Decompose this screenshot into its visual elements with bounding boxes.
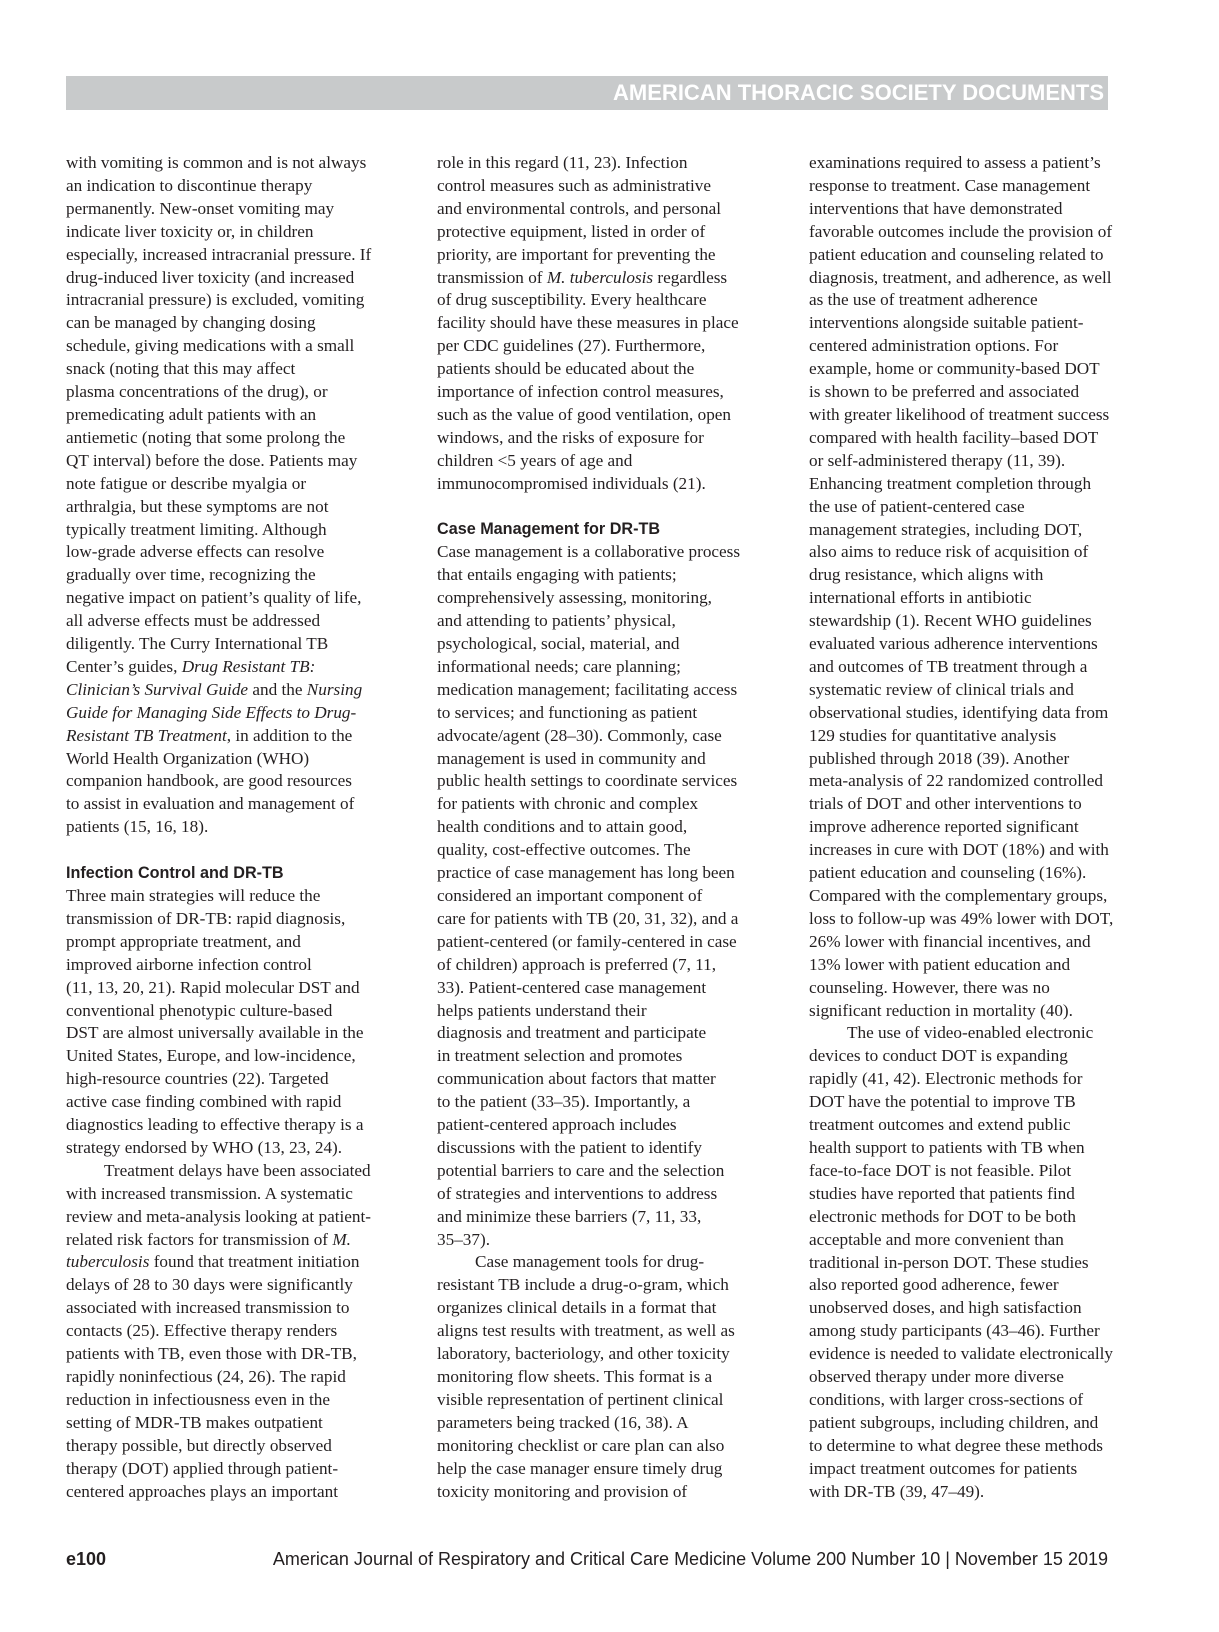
italic-species: M. tuberculosis: [547, 268, 653, 287]
section-heading-case-management: Case Management for DR-TB: [437, 518, 777, 541]
paragraph-gap: [437, 496, 777, 519]
italic-title: Resistant TB Treatment: [66, 726, 227, 745]
text-line: quality, cost-effective outcomes. The: [437, 839, 777, 862]
text-line: immunocompromised individuals (21).: [437, 473, 777, 496]
text-line: and attending to patients’ physical,: [437, 610, 777, 633]
text-line: improved airborne infection control: [66, 954, 406, 977]
text-line: 13% lower with patient education and: [809, 954, 1149, 977]
text-line: delays of 28 to 30 days were significant…: [66, 1274, 406, 1297]
page-number: e100: [66, 1549, 106, 1570]
text-line: (11, 13, 20, 21). Rapid molecular DST an…: [66, 977, 406, 1000]
text-line: meta-analysis of 22 randomized controlle…: [809, 770, 1149, 793]
text-line: note fatigue or describe myalgia or: [66, 473, 406, 496]
text-line: DOT have the potential to improve TB: [809, 1091, 1149, 1114]
text-line: conventional phenotypic culture-based: [66, 1000, 406, 1023]
text-line: helps patients understand their: [437, 1000, 777, 1023]
text-line: interventions that have demonstrated: [809, 198, 1149, 221]
text-line: typically treatment limiting. Although: [66, 519, 406, 542]
text-line: Center’s guides, Drug Resistant TB:: [66, 656, 406, 679]
text-line: and minimize these barriers (7, 11, 33,: [437, 1206, 777, 1229]
text-line: DST are almost universally available in …: [66, 1022, 406, 1045]
text-line: acceptable and more convenient than: [809, 1229, 1149, 1252]
text-line: discussions with the patient to identify: [437, 1137, 777, 1160]
text-line: transmission of DR-TB: rapid diagnosis,: [66, 908, 406, 931]
text-line: facility should have these measures in p…: [437, 312, 777, 335]
text-line: patient education and counseling (16%).: [809, 862, 1149, 885]
text-line: significant reduction in mortality (40).: [809, 1000, 1149, 1023]
text-line: Compared with the complementary groups,: [809, 885, 1149, 908]
text-line: Three main strategies will reduce the: [66, 885, 406, 908]
text-line: visible representation of pertinent clin…: [437, 1389, 777, 1412]
text-line: example, home or community-based DOT: [809, 358, 1149, 381]
page-footer: e100 American Journal of Respiratory and…: [66, 1549, 1108, 1571]
text-line: response to treatment. Case management: [809, 175, 1149, 198]
text-line: medication management; facilitating acce…: [437, 679, 777, 702]
text-line: patients (15, 16, 18).: [66, 816, 406, 839]
paragraph-gap: [66, 839, 406, 862]
text-line: potential barriers to care and the selec…: [437, 1160, 777, 1183]
text-line: protective equipment, listed in order of: [437, 221, 777, 244]
text-line: to the patient (33–35). Importantly, a: [437, 1091, 777, 1114]
text-line: is shown to be preferred and associated: [809, 381, 1149, 404]
text-line: as the use of treatment adherence: [809, 289, 1149, 312]
text-line: companion handbook, are good resources: [66, 770, 406, 793]
italic-title: Clinician’s Survival Guide: [66, 680, 248, 699]
text-line: to services; and functioning as patient: [437, 702, 777, 725]
text-line: indicate liver toxicity or, in children: [66, 221, 406, 244]
text-line: patient subgroups, including children, a…: [809, 1412, 1149, 1435]
text-line: children <5 years of age and: [437, 450, 777, 473]
text-line: Clinician’s Survival Guide and the Nursi…: [66, 679, 406, 702]
text-line: considered an important component of: [437, 885, 777, 908]
text-column-2: role in this regard (11, 23). Infection …: [437, 152, 777, 1503]
text-line: that entails engaging with patients;: [437, 564, 777, 587]
text-line: active case finding combined with rapid: [66, 1091, 406, 1114]
text-line: arthralgia, but these symptoms are not: [66, 496, 406, 519]
italic-title: Nursing: [307, 680, 362, 699]
text-line: per CDC guidelines (27). Furthermore,: [437, 335, 777, 358]
text-line: electronic methods for DOT to be both: [809, 1206, 1149, 1229]
text-line: systematic review of clinical trials and: [809, 679, 1149, 702]
text-line: counseling. However, there was no: [809, 977, 1149, 1000]
text-line: low-grade adverse effects can resolve: [66, 541, 406, 564]
italic-title: Guide for Managing Side Effects to Drug-: [66, 703, 356, 722]
text-line: diagnosis and treatment and participate: [437, 1022, 777, 1045]
text-line: setting of MDR-TB makes outpatient: [66, 1412, 406, 1435]
text-line: tuberculosis found that treatment initia…: [66, 1251, 406, 1274]
text-line: importance of infection control measures…: [437, 381, 777, 404]
text-line: high-resource countries (22). Targeted: [66, 1068, 406, 1091]
text-line: monitoring flow sheets. This format is a: [437, 1366, 777, 1389]
text-line: observational studies, identifying data …: [809, 702, 1149, 725]
text-line: review and meta-analysis looking at pati…: [66, 1206, 406, 1229]
text-line: health conditions and to attain good,: [437, 816, 777, 839]
text-line: centered administration options. For: [809, 335, 1149, 358]
text-line: 129 studies for quantitative analysis: [809, 725, 1149, 748]
text-line: examinations required to assess a patien…: [809, 152, 1149, 175]
text-line: public health settings to coordinate ser…: [437, 770, 777, 793]
text-line: with DR-TB (39, 47–49).: [809, 1481, 1149, 1504]
text-line: international efforts in antibiotic: [809, 587, 1149, 610]
text-line: improve adherence reported significant: [809, 816, 1149, 839]
text-line: The use of video-enabled electronic: [809, 1022, 1149, 1045]
text-line: antiemetic (noting that some prolong the: [66, 427, 406, 450]
text-line: with greater likelihood of treatment suc…: [809, 404, 1149, 427]
text-line: evidence is needed to validate electroni…: [809, 1343, 1149, 1366]
text-line: and outcomes of TB treatment through a: [809, 656, 1149, 679]
text-line: contacts (25). Effective therapy renders: [66, 1320, 406, 1343]
section-heading-infection-control: Infection Control and DR-TB: [66, 862, 406, 885]
text-line: United States, Europe, and low-incidence…: [66, 1045, 406, 1068]
text-line: devices to conduct DOT is expanding: [809, 1045, 1149, 1068]
text-line: reduction in infectiousness even in the: [66, 1389, 406, 1412]
text-line: and environmental controls, and personal: [437, 198, 777, 221]
text-line: traditional in-person DOT. These studies: [809, 1252, 1149, 1275]
text-line: 35–37).: [437, 1229, 777, 1252]
text-line: of strategies and interventions to addre…: [437, 1183, 777, 1206]
text-line: with vomiting is common and is not alway…: [66, 152, 406, 175]
text-line: permanently. New-onset vomiting may: [66, 198, 406, 221]
text-line: informational needs; care planning;: [437, 656, 777, 679]
text-line: also reported good adherence, fewer: [809, 1274, 1149, 1297]
text-line: observed therapy under more diverse: [809, 1366, 1149, 1389]
text-line: control measures such as administrative: [437, 175, 777, 198]
text-line: to determine to what degree these method…: [809, 1435, 1149, 1458]
text-line: with increased transmission. A systemati…: [66, 1183, 406, 1206]
text-line: snack (noting that this may affect: [66, 358, 406, 381]
text-line: role in this regard (11, 23). Infection: [437, 152, 777, 175]
text-line: management is used in community and: [437, 748, 777, 771]
text-line: strategy endorsed by WHO (13, 23, 24).: [66, 1137, 406, 1160]
text-line: patients with TB, even those with DR-TB,: [66, 1343, 406, 1366]
text-line: of children) approach is preferred (7, 1…: [437, 954, 777, 977]
text-line: centered approaches plays an important: [66, 1481, 406, 1504]
text-line: transmission of M. tuberculosis regardle…: [437, 267, 777, 290]
text-line: parameters being tracked (16, 38). A: [437, 1412, 777, 1435]
text-line: studies have reported that patients find: [809, 1183, 1149, 1206]
text-line: stewardship (1). Recent WHO guidelines: [809, 610, 1149, 633]
text-line: toxicity monitoring and provision of: [437, 1481, 777, 1504]
text-line: care for patients with TB (20, 31, 32), …: [437, 908, 777, 931]
text-line: laboratory, bacteriology, and other toxi…: [437, 1343, 777, 1366]
text-line: diagnostics leading to effective therapy…: [66, 1114, 406, 1137]
text-line: Treatment delays have been associated: [66, 1160, 406, 1183]
text-line: can be managed by changing dosing: [66, 312, 406, 335]
text-line: increases in cure with DOT (18%) and wit…: [809, 839, 1149, 862]
text-line: or self-administered therapy (11, 39).: [809, 450, 1149, 473]
italic-species: M.: [332, 1230, 351, 1249]
text-line: 26% lower with financial incentives, and: [809, 931, 1149, 954]
text-line: diagnosis, treatment, and adherence, as …: [809, 267, 1149, 290]
text-line: communication about factors that matter: [437, 1068, 777, 1091]
text-line: in treatment selection and promotes: [437, 1045, 777, 1068]
text-line: aligns test results with treatment, as w…: [437, 1320, 777, 1343]
text-line: resistant TB include a drug-o-gram, whic…: [437, 1274, 777, 1297]
text-line: impact treatment outcomes for patients: [809, 1458, 1149, 1481]
text-line: windows, and the risks of exposure for: [437, 427, 777, 450]
text-line: associated with increased transmission t…: [66, 1297, 406, 1320]
text-line: management strategies, including DOT,: [809, 519, 1149, 542]
text-line: schedule, giving medications with a smal…: [66, 335, 406, 358]
text-line: therapy possible, but directly observed: [66, 1435, 406, 1458]
text-line: conditions, with larger cross-sections o…: [809, 1389, 1149, 1412]
text-line: patient-centered (or family-centered in …: [437, 931, 777, 954]
text-line: negative impact on patient’s quality of …: [66, 587, 406, 610]
text-column-1: with vomiting is common and is not alway…: [66, 152, 406, 1503]
text-line: QT interval) before the dose. Patients m…: [66, 450, 406, 473]
text-line: rapidly noninfectious (24, 26). The rapi…: [66, 1366, 406, 1389]
text-line: trials of DOT and other interventions to: [809, 793, 1149, 816]
text-line: health support to patients with TB when: [809, 1137, 1149, 1160]
text-line: treatment outcomes and extend public: [809, 1114, 1149, 1137]
text-line: 33). Patient-centered case management: [437, 977, 777, 1000]
text-line: of drug susceptibility. Every healthcare: [437, 289, 777, 312]
text-line: rapidly (41, 42). Electronic methods for: [809, 1068, 1149, 1091]
text-line: therapy (DOT) applied through patient-: [66, 1458, 406, 1481]
text-line: published through 2018 (39). Another: [809, 748, 1149, 771]
text-line: Case management tools for drug-: [437, 1251, 777, 1274]
text-line: Guide for Managing Side Effects to Drug-: [66, 702, 406, 725]
text-line: patient education and counseling related…: [809, 244, 1149, 267]
text-line: World Health Organization (WHO): [66, 748, 406, 771]
text-line: also aims to reduce risk of acquisition …: [809, 541, 1149, 564]
text-line: psychological, social, material, and: [437, 633, 777, 656]
text-line: priority, are important for preventing t…: [437, 244, 777, 267]
text-line: practice of case management has long bee…: [437, 862, 777, 885]
text-line: Case management is a collaborative proce…: [437, 541, 777, 564]
text-line: an indication to discontinue therapy: [66, 175, 406, 198]
text-line: loss to follow-up was 49% lower with DOT…: [809, 908, 1149, 931]
text-line: drug resistance, which aligns with: [809, 564, 1149, 587]
text-line: compared with health facility–based DOT: [809, 427, 1149, 450]
text-line: unobserved doses, and high satisfaction: [809, 1297, 1149, 1320]
running-header: AMERICAN THORACIC SOCIETY DOCUMENTS: [66, 76, 1108, 110]
text-line: diligently. The Curry International TB: [66, 633, 406, 656]
italic-species: tuberculosis: [66, 1252, 149, 1271]
text-line: all adverse effects must be addressed: [66, 610, 406, 633]
text-line: for patients with chronic and complex: [437, 793, 777, 816]
text-line: Resistant TB Treatment, in addition to t…: [66, 725, 406, 748]
text-line: among study participants (43–46). Furthe…: [809, 1320, 1149, 1343]
italic-title: Drug Resistant TB:: [182, 657, 316, 676]
text-line: especially, increased intracranial press…: [66, 244, 406, 267]
text-line: Enhancing treatment completion through: [809, 473, 1149, 496]
text-line: such as the value of good ventilation, o…: [437, 404, 777, 427]
text-line: drug-induced liver toxicity (and increas…: [66, 267, 406, 290]
text-line: prompt appropriate treatment, and: [66, 931, 406, 954]
text-line: the use of patient-centered case: [809, 496, 1149, 519]
text-line: monitoring checklist or care plan can al…: [437, 1435, 777, 1458]
text-line: interventions alongside suitable patient…: [809, 312, 1149, 335]
header-title: AMERICAN THORACIC SOCIETY DOCUMENTS: [613, 80, 1104, 106]
text-line: organizes clinical details in a format t…: [437, 1297, 777, 1320]
text-line: patients should be educated about the: [437, 358, 777, 381]
text-line: patient-centered approach includes: [437, 1114, 777, 1137]
text-line: favorable outcomes include the provision…: [809, 221, 1149, 244]
text-line: help the case manager ensure timely drug: [437, 1458, 777, 1481]
text-line: to assist in evaluation and management o…: [66, 793, 406, 816]
journal-citation: American Journal of Respiratory and Crit…: [273, 1549, 1108, 1570]
text-line: plasma concentrations of the drug), or: [66, 381, 406, 404]
text-line: comprehensively assessing, monitoring,: [437, 587, 777, 610]
text-line: premedicating adult patients with an: [66, 404, 406, 427]
text-line: related risk factors for transmission of…: [66, 1229, 406, 1252]
text-column-3: examinations required to assess a patien…: [809, 152, 1149, 1503]
text-line: intracranial pressure) is excluded, vomi…: [66, 289, 406, 312]
text-line: gradually over time, recognizing the: [66, 564, 406, 587]
text-line: advocate/agent (28–30). Commonly, case: [437, 725, 777, 748]
text-line: face-to-face DOT is not feasible. Pilot: [809, 1160, 1149, 1183]
text-line: evaluated various adherence intervention…: [809, 633, 1149, 656]
